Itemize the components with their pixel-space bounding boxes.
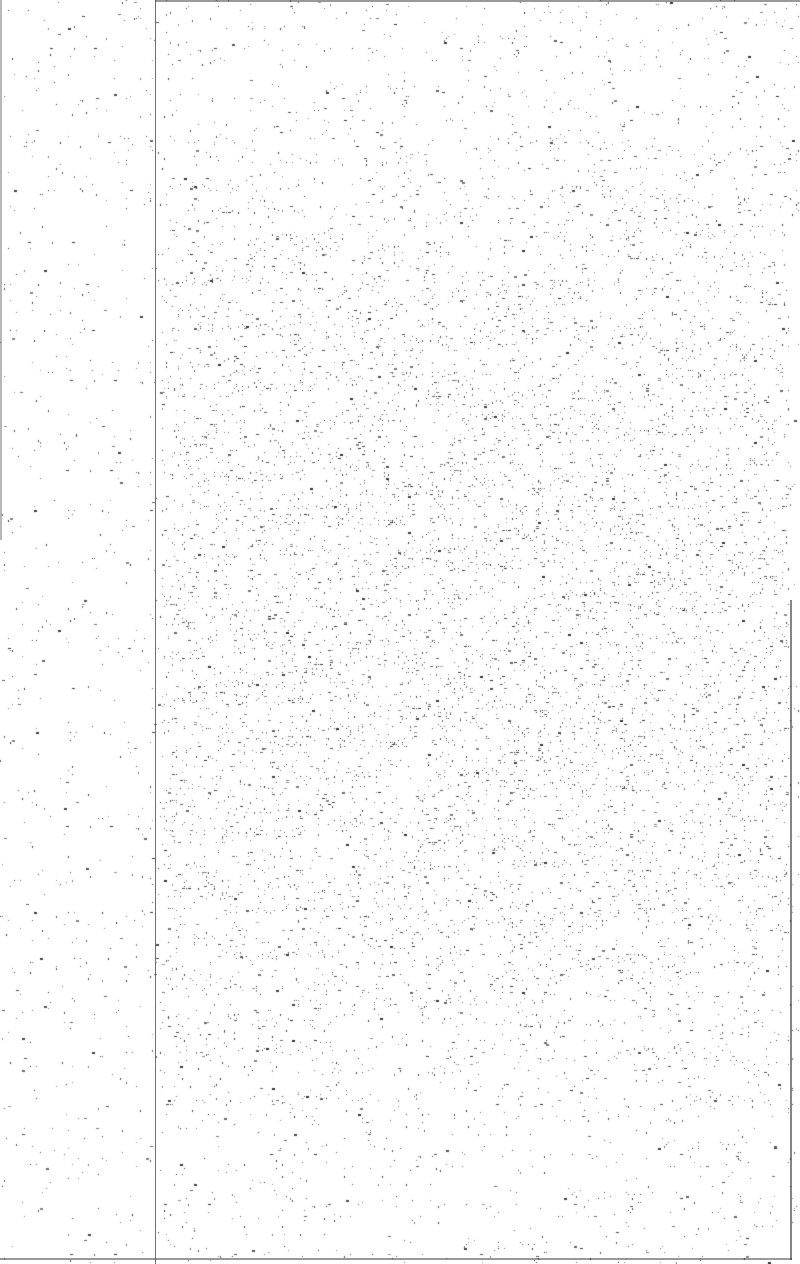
scan-noise: [0, 0, 800, 1264]
vertical-margin-rule: [155, 0, 156, 1264]
scanned-page: [0, 0, 800, 1264]
top-border: [155, 0, 800, 2]
left-edge-border: [0, 0, 2, 540]
bottom-border: [0, 1258, 792, 1260]
right-edge-border: [790, 600, 792, 1260]
